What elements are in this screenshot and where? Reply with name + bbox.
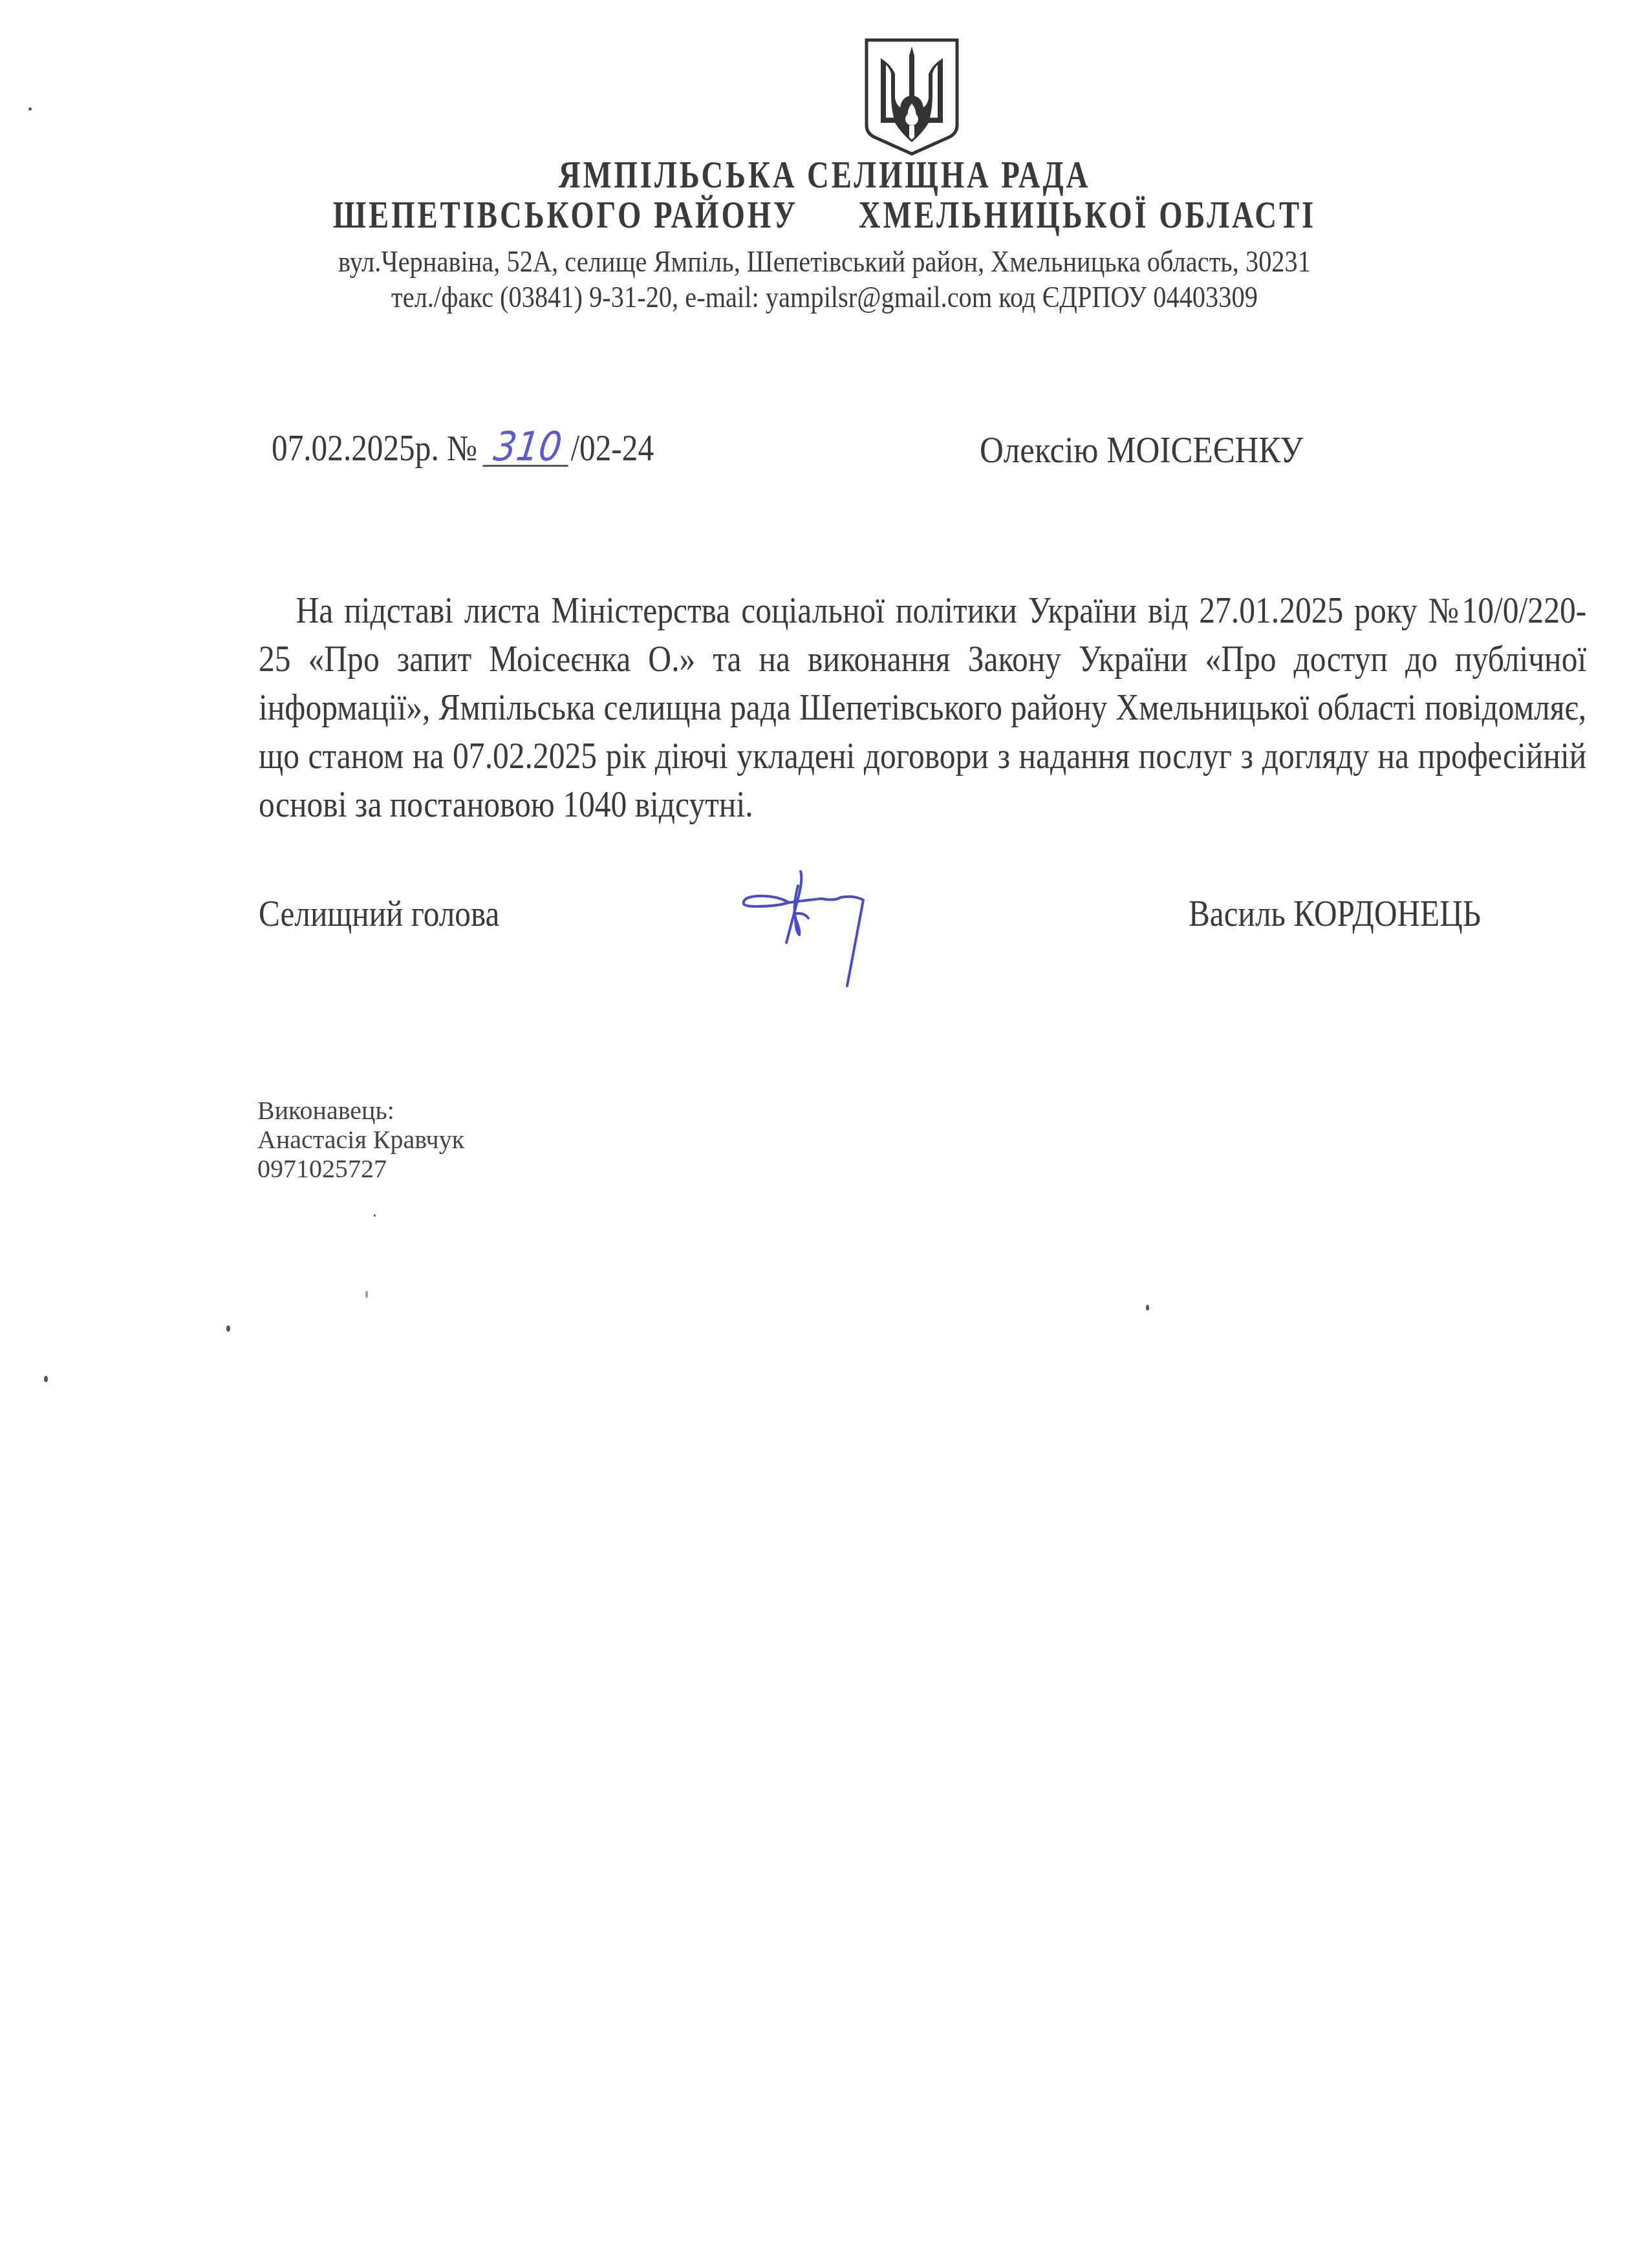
- registration-suffix: /02-24: [570, 429, 654, 469]
- org-title: ЯМПІЛЬСЬКА СЕЛИЩНА РАДА: [182, 153, 1468, 197]
- handwritten-signature-icon: [731, 866, 976, 989]
- scan-speck: [374, 1214, 376, 1217]
- addressee: Олексію МОІСЕЄНКУ: [980, 428, 1303, 471]
- executor-name: Анастасія Кравчук: [257, 1125, 464, 1154]
- executor-phone: 0971025727: [257, 1154, 464, 1183]
- handwritten-registration-number: 310: [483, 429, 573, 467]
- scan-speck: [365, 1290, 368, 1298]
- executor-label: Виконавець:: [257, 1096, 464, 1125]
- org-address: вул.Чернавіна, 52А, селище Ямпіль, Шепет…: [116, 244, 1534, 279]
- registration-line: 07.02.2025р. № 310/02-24: [272, 428, 654, 469]
- letter-body: На підставі листа Міністерства соціально…: [259, 587, 1586, 829]
- org-contacts: тел./факс (03841) 9-31-20, e-mail: yampi…: [116, 280, 1534, 315]
- region-name: ХМЕЛЬНИЦЬКОЇ ОБЛАСТІ: [859, 193, 1316, 236]
- scan-speck: [44, 1376, 48, 1382]
- signatory-title: Селищний голова: [259, 893, 499, 935]
- ukraine-coat-of-arms-icon: [863, 36, 961, 156]
- district-name: ШЕПЕТІВСЬКОГО РАЙОНУ: [333, 193, 798, 236]
- registration-date: 07.02.2025р. №: [272, 429, 477, 469]
- scan-speck: [1146, 1305, 1149, 1311]
- scan-speck: [226, 1325, 230, 1332]
- scan-speck: [28, 107, 32, 111]
- executor-block: Виконавець: Анастасія Кравчук 0971025727: [257, 1096, 464, 1183]
- signatory-name: Василь КОРДОНЕЦЬ: [1189, 893, 1481, 935]
- org-subtitle: ШЕПЕТІВСЬКОГО РАЙОНУХМЕЛЬНИЦЬКОЇ ОБЛАСТІ: [182, 193, 1468, 237]
